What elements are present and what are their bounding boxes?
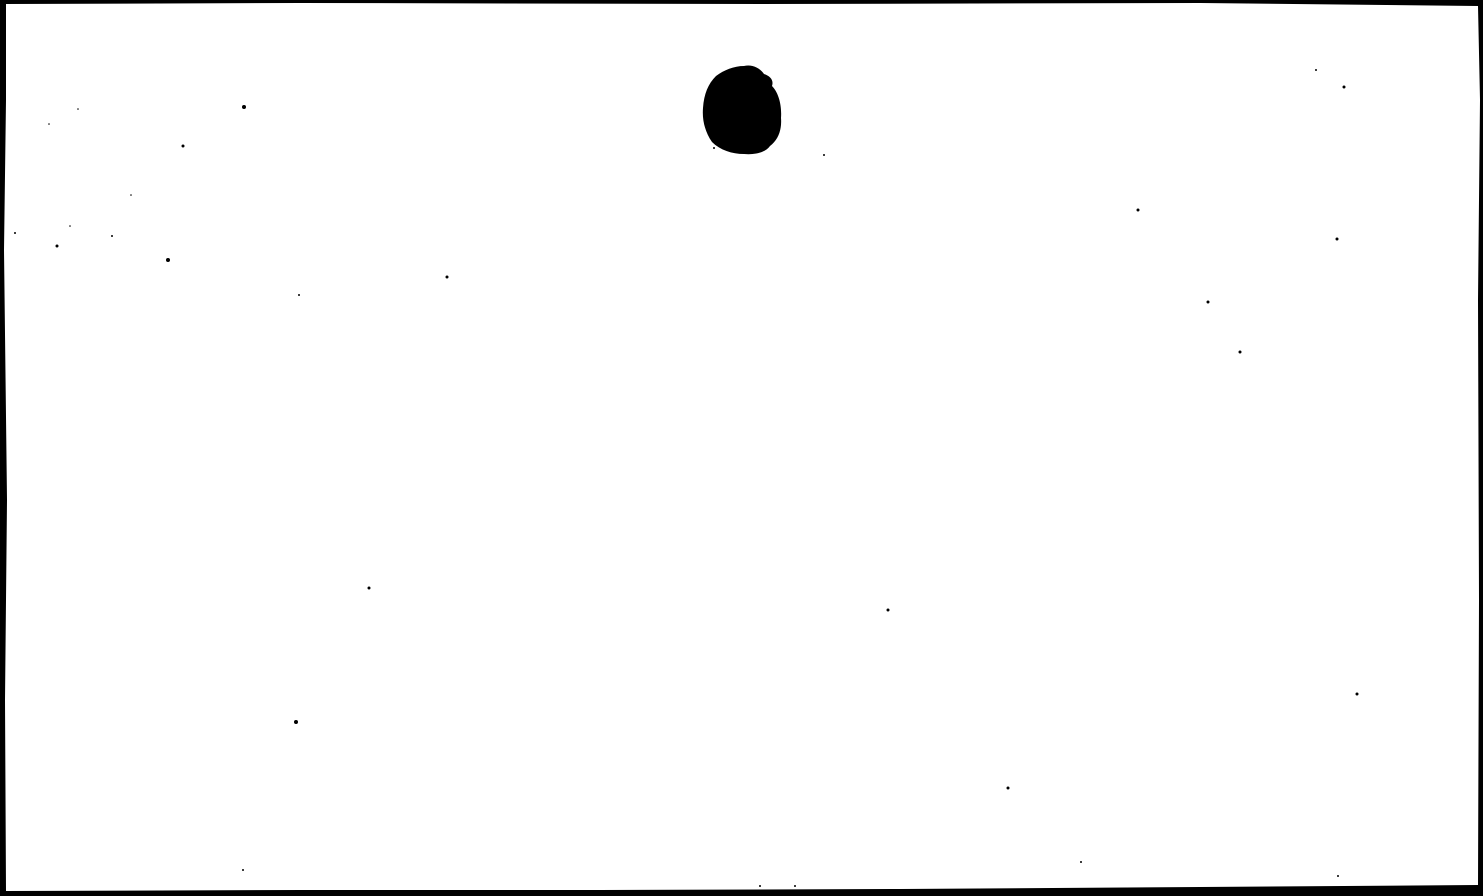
speck — [1337, 875, 1339, 877]
speck — [294, 720, 298, 724]
speck — [1239, 351, 1242, 354]
speck — [166, 258, 170, 262]
speck — [1336, 238, 1339, 241]
speck — [69, 225, 71, 227]
speck — [1080, 861, 1082, 863]
speck — [794, 885, 796, 887]
speck — [446, 276, 449, 279]
speck — [48, 123, 50, 125]
speck — [1007, 787, 1010, 790]
speck — [111, 235, 113, 237]
speck — [713, 147, 715, 149]
speck — [1137, 209, 1140, 212]
speck — [368, 587, 371, 590]
speck — [182, 145, 185, 148]
scanned-sheet — [0, 0, 1483, 896]
speck — [887, 609, 890, 612]
speck — [1356, 693, 1359, 696]
speck — [298, 294, 300, 296]
speck — [56, 245, 59, 248]
speck — [130, 194, 132, 196]
speck — [1207, 301, 1210, 304]
speck — [1315, 69, 1317, 71]
speck — [242, 869, 244, 871]
speck — [242, 105, 246, 109]
speck — [14, 232, 16, 234]
speck — [823, 154, 825, 156]
speck — [77, 108, 79, 110]
speck — [759, 885, 761, 887]
speck — [1343, 86, 1346, 89]
dark-spot — [703, 65, 781, 154]
